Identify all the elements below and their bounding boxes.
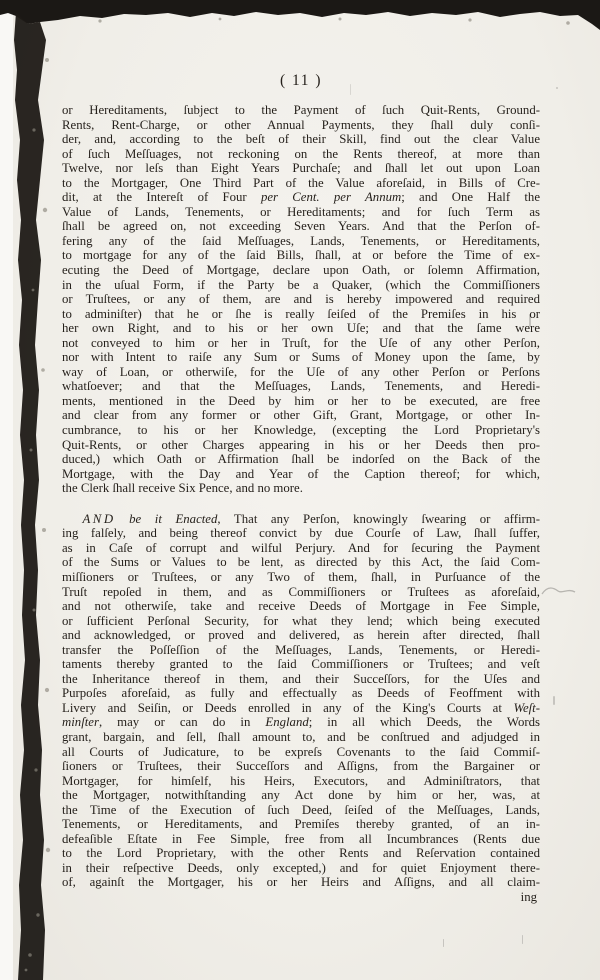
paragraph: or Hereditaments, ſubject to the Payment… bbox=[62, 103, 540, 496]
text-segment: Value of Lands, Tenements, or Hereditame… bbox=[62, 205, 540, 219]
text-line: or ſufficient Perſonal Security, for wha… bbox=[62, 614, 540, 629]
text-line: to the Lord Proprietary, with the other … bbox=[62, 846, 540, 861]
text-segment: not conveyed to him or her in Truſt, for… bbox=[62, 336, 540, 350]
text-segment: and not otherwiſe, take and receive Deed… bbox=[62, 599, 540, 613]
text-segment: ments, mentioned in the Deed by him or h… bbox=[62, 394, 540, 408]
text-line: ſhall be agreed on, not exceeding Seven … bbox=[62, 219, 540, 234]
text-segment: to adminiſter) that he or ſhe is really … bbox=[62, 307, 540, 321]
text-line: Value of Lands, Tenements, or Hereditame… bbox=[62, 205, 540, 220]
text-segment: in their reſpective Deeds, only excepted… bbox=[62, 861, 540, 875]
text-segment: ing falſely, and being thereof convict b… bbox=[62, 526, 540, 540]
text-line: defeaſible Eſtate in Fee Simple, free fr… bbox=[62, 832, 540, 847]
text-line: all Courts of Judicature, to be expreſs … bbox=[62, 745, 540, 760]
text-segment: of the Sums or Values to be lent, as dir… bbox=[62, 555, 540, 569]
text-segment: and clear from any former or other Gift,… bbox=[62, 408, 540, 422]
text-segment: Purpoſes aforeſaid, as fully and effectu… bbox=[62, 686, 540, 700]
text-segment: ecuting the Deed of Mortgage, declare up… bbox=[62, 263, 540, 277]
text-segment: cumbrance, to his or her Knowledge, (exc… bbox=[62, 423, 540, 437]
text-line: ecuting the Deed of Mortgage, declare up… bbox=[62, 263, 540, 278]
scan-speck bbox=[556, 87, 558, 89]
text-line: the Time of the Execution of ſuch Deed, … bbox=[62, 803, 540, 818]
text-line: Mortgager, for himſelf, his Heirs, Execu… bbox=[62, 774, 540, 789]
text-segment-emphasis: Weſt- bbox=[513, 701, 540, 715]
text-line: transfer the Poſſeſſion of the Meſſuages… bbox=[62, 643, 540, 658]
text-line: Truſt repoſed in them, and as Commiſſion… bbox=[62, 585, 540, 600]
text-line: dit, at the Intereſt of Four per Cent. p… bbox=[62, 190, 540, 205]
text-line: minſter, may or can do in England; in al… bbox=[62, 715, 540, 730]
page-left-margin bbox=[0, 0, 13, 980]
paragraphs: or Hereditaments, ſubject to the Payment… bbox=[62, 103, 540, 890]
text-line: to mortgage for any of the ſaid Bills, ſ… bbox=[62, 248, 540, 263]
text-line: nor with Intent to raiſe any Sum or Sums… bbox=[62, 350, 540, 365]
text-line: cumbrance, to his or her Knowledge, (exc… bbox=[62, 423, 540, 438]
text-segment: transfer the Poſſeſſion of the Meſſuages… bbox=[62, 643, 540, 657]
text-segment: ſioners or Truſtees, their Succeſſors an… bbox=[62, 759, 540, 773]
text-line: to adminiſter) that he or ſhe is really … bbox=[62, 307, 540, 322]
text-line: of ſuch Meſſuages, not reckoning on the … bbox=[62, 147, 540, 162]
text-segment: and acknowledged, or proved and delivere… bbox=[62, 628, 540, 642]
text-segment: or Hereditaments, ſubject to the Payment… bbox=[62, 103, 540, 117]
text-segment: Quit-Rents, or other Charges appearing i… bbox=[62, 438, 540, 452]
top-edge-shadow bbox=[0, 0, 600, 30]
text-line: Twelve, nor leſs than Eight Years Purcha… bbox=[62, 161, 540, 176]
text-segment: her own Right, and to his or her own Uſe… bbox=[62, 321, 540, 335]
text-segment: miſſioners or Truſtees, or any Two of th… bbox=[62, 570, 540, 584]
text-line: Quit-Rents, or other Charges appearing i… bbox=[62, 438, 540, 453]
text-segment-emphasis: England bbox=[265, 715, 308, 729]
text-line: and clear from any former or other Gift,… bbox=[62, 408, 540, 423]
text-segment: Mortgager, for himſelf, his Heirs, Execu… bbox=[62, 774, 540, 788]
text-segment: whatſoever; and that the Meſſuages, Land… bbox=[62, 379, 540, 393]
text-line: ſioners or Truſtees, their Succeſſors an… bbox=[62, 759, 540, 774]
pencil-squiggle-mark bbox=[542, 588, 575, 594]
text-segment: to the Mortgager, One Third Part of the … bbox=[62, 176, 540, 190]
text-line: der, and, according to the beſt of their… bbox=[62, 132, 540, 147]
scanned-page: ( 11 ) or Hereditaments, ſubject to the … bbox=[0, 0, 600, 980]
catchword: ing bbox=[62, 890, 540, 905]
text-segment: grant, bargain, and ſell, ſhall amount t… bbox=[62, 730, 540, 744]
text-segment: to mortgage for any of the ſaid Bills, ſ… bbox=[62, 248, 540, 262]
text-line: in their reſpective Deeds, only excepted… bbox=[62, 861, 540, 876]
text-line: and acknowledged, or proved and delivere… bbox=[62, 628, 540, 643]
binding-shadow bbox=[14, 12, 46, 980]
scan-speck bbox=[553, 696, 555, 705]
text-segment-emphasis: minſter bbox=[62, 715, 99, 729]
text-segment: ; in all which Deeds, the Words bbox=[309, 715, 540, 729]
scan-speck bbox=[522, 935, 523, 944]
text-segment: defeaſible Eſtate in Fee Simple, free fr… bbox=[62, 832, 540, 846]
text-line: or Hereditaments, ſubject to the Payment… bbox=[62, 103, 540, 118]
text-line: whatſoever; and that the Meſſuages, Land… bbox=[62, 379, 540, 394]
text-line: ments, mentioned in the Deed by him or h… bbox=[62, 394, 540, 409]
text-line: Mortgage, with the Day and Year of the C… bbox=[62, 467, 540, 482]
scan-speck bbox=[443, 939, 444, 947]
text-segment: ſhall be agreed on, not exceeding Seven … bbox=[62, 219, 540, 233]
text-segment: nor with Intent to raiſe any Sum or Sums… bbox=[62, 350, 540, 364]
text-line: the Clerk ſhall receive Six Pence, and n… bbox=[62, 481, 540, 496]
text-line: of, againſt the Mortgager, his or her He… bbox=[62, 875, 540, 890]
text-segment: to the Lord Proprietary, with the other … bbox=[62, 846, 540, 860]
text-segment-emphasis: AND bbox=[82, 512, 115, 526]
text-segment: , That any Perſon, knowingly ſwearing or… bbox=[217, 512, 540, 526]
text-line: her own Right, and to his or her own Uſe… bbox=[62, 321, 540, 336]
text-segment: fering any of the ſaid Meſſuages, Lands,… bbox=[62, 234, 540, 248]
text-segment: Livery and Seiſin, or Deeds enrolled in … bbox=[62, 701, 513, 715]
text-segment: dit, at the Intereſt of Four bbox=[62, 190, 261, 204]
text-line: as in Caſe of corrupt and wilful Perjury… bbox=[62, 541, 540, 556]
text-line: way of Loan, or otherwiſe, for the Uſe o… bbox=[62, 365, 540, 380]
text-line: miſſioners or Truſtees, or any Two of th… bbox=[62, 570, 540, 585]
paragraph: AND be it Enacted, That any Perſon, know… bbox=[62, 512, 540, 890]
text-segment-emphasis: be it Enacted bbox=[116, 512, 218, 526]
text-line: the Inheritance thereof in them, and the… bbox=[62, 672, 540, 687]
text-line: in the uſual Form, if the Party be a Qua… bbox=[62, 278, 540, 293]
text-segment: Truſt repoſed in them, and as Commiſſion… bbox=[62, 585, 540, 599]
text-line: the Mortgager, notwithſtanding any Act d… bbox=[62, 788, 540, 803]
text-line: Purpoſes aforeſaid, as fully and effectu… bbox=[62, 686, 540, 701]
page-number: ( 11 ) bbox=[62, 72, 540, 90]
text-line: ing falſely, and being thereof convict b… bbox=[62, 526, 540, 541]
text-segment: , may or can do in bbox=[99, 715, 265, 729]
text-line: or Truſtees, or any of them, are and is … bbox=[62, 292, 540, 307]
text-segment: Twelve, nor leſs than Eight Years Purcha… bbox=[62, 161, 540, 175]
text-segment: as in Caſe of corrupt and wilful Perjury… bbox=[62, 541, 540, 555]
text-line: AND be it Enacted, That any Perſon, know… bbox=[62, 512, 540, 527]
text-line: to the Mortgager, One Third Part of the … bbox=[62, 176, 540, 191]
text-segment: or Truſtees, or any of them, are and is … bbox=[62, 292, 540, 306]
text-line: grant, bargain, and ſell, ſhall amount t… bbox=[62, 730, 540, 745]
text-segment: duced,) which Oath or Affirmation ſhall … bbox=[62, 452, 540, 466]
text-segment: the Time of the Execution of ſuch Deed, … bbox=[62, 803, 540, 817]
text-line: fering any of the ſaid Meſſuages, Lands,… bbox=[62, 234, 540, 249]
text-segment: or ſufficient Perſonal Security, for wha… bbox=[62, 614, 540, 628]
text-line: not conveyed to him or her in Truſt, for… bbox=[62, 336, 540, 351]
text-segment: ; and One Half the bbox=[401, 190, 540, 204]
text-line: and not otherwiſe, take and receive Deed… bbox=[62, 599, 540, 614]
text-segment: Tenements, or Hereditaments, and Premiſe… bbox=[62, 817, 540, 831]
text-segment-emphasis: per Cent. per Annum bbox=[261, 190, 401, 204]
text-segment: of ſuch Meſſuages, not reckoning on the … bbox=[62, 147, 540, 161]
text-line: taments thereby granted to the ſaid Comm… bbox=[62, 657, 540, 672]
text-segment: der, and, according to the beſt of their… bbox=[62, 132, 540, 146]
text-segment: the Clerk ſhall receive Six Pence, and n… bbox=[62, 481, 303, 495]
text-line: duced,) which Oath or Affirmation ſhall … bbox=[62, 452, 540, 467]
text-segment: all Courts of Judicature, to be expreſs … bbox=[62, 745, 540, 759]
text-segment: Rents, Rent-Charge, or other Annual Paym… bbox=[62, 118, 540, 132]
text-segment: taments thereby granted to the ſaid Comm… bbox=[62, 657, 540, 671]
text-segment: the Inheritance thereof in them, and the… bbox=[62, 672, 540, 686]
text-segment: the Mortgager, notwithſtanding any Act d… bbox=[62, 788, 540, 802]
body-text: or Hereditaments, ſubject to the Payment… bbox=[62, 103, 540, 905]
text-line: Livery and Seiſin, or Deeds enrolled in … bbox=[62, 701, 540, 716]
text-segment: way of Loan, or otherwiſe, for the Uſe o… bbox=[62, 365, 540, 379]
text-segment: of, againſt the Mortgager, his or her He… bbox=[62, 875, 540, 889]
text-segment: in the uſual Form, if the Party be a Qua… bbox=[62, 278, 540, 292]
text-segment: Mortgage, with the Day and Year of the C… bbox=[62, 467, 540, 481]
text-line: of the Sums or Values to be lent, as dir… bbox=[62, 555, 540, 570]
text-line: Rents, Rent-Charge, or other Annual Paym… bbox=[62, 118, 540, 133]
text-line: Tenements, or Hereditaments, and Premiſe… bbox=[62, 817, 540, 832]
